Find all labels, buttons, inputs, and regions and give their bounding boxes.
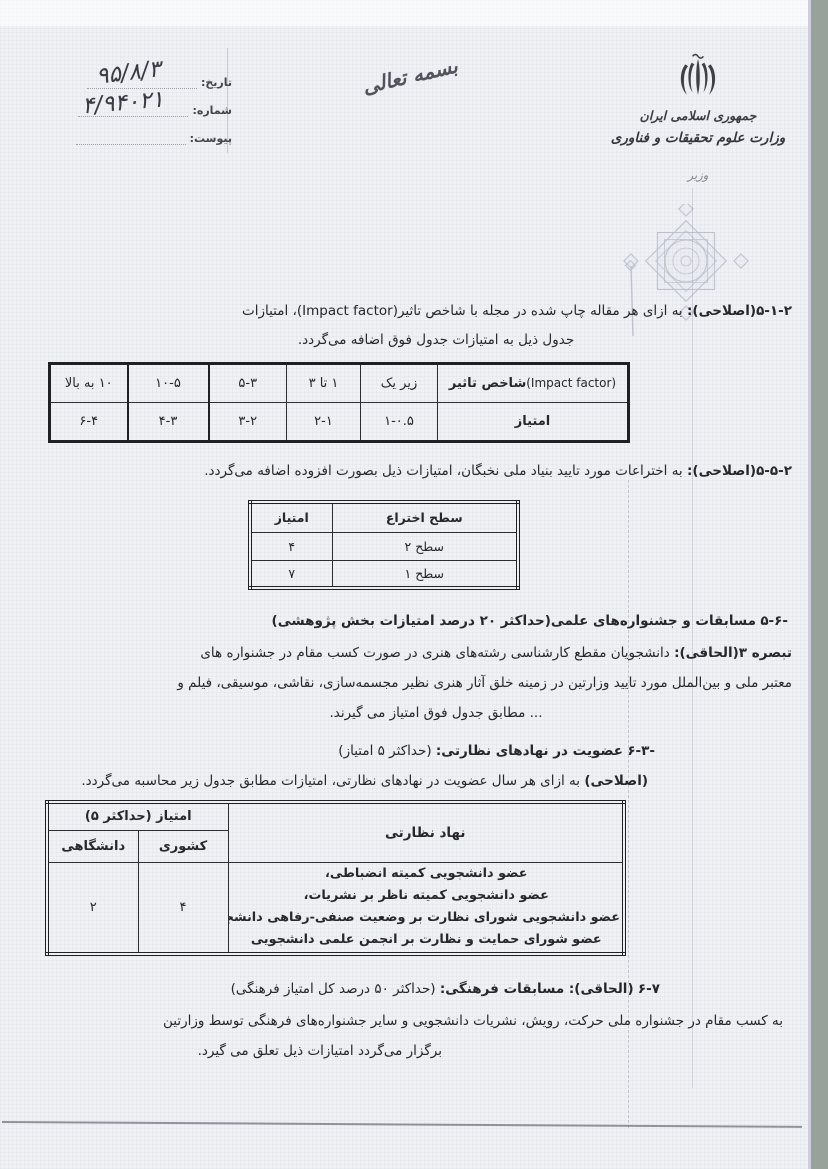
level2-cell: سطح ۲ [332, 532, 518, 560]
bismillah-calligraphy: بسمه تعالی [339, 49, 481, 104]
invention-header-row: سطح اختراع امتیاز [250, 502, 518, 532]
scan-right-edge [808, 0, 828, 1169]
section-512-text: به ازای هر مقاله چاپ شده در مجله با شاخص… [242, 303, 683, 319]
col-1to3: ۱ تا ۳ [287, 364, 361, 403]
attachment-label: پیوست: [190, 132, 232, 145]
supervisory-header-row1: نهاد نظارتی امتیاز (حداکثر ۵) [47, 802, 624, 830]
invention-level-header: سطح اختراع [332, 502, 518, 532]
impact-factor-table: (Impact factor)شاخص تاثیر زیر یک ۱ تا ۳ … [48, 362, 630, 443]
score-5to10: ۴-۳ [128, 403, 209, 442]
score-label-cell: امتیاز [438, 403, 629, 442]
impact-table-score-row: امتیاز ۱-۰.۵ ۲-۱ ۳-۲ ۴-۳ ۶-۴ [50, 403, 629, 442]
supervisory-table: نهاد نظارتی امتیاز (حداکثر ۵) کشوری دانش… [45, 800, 626, 956]
invention-table: سطح اختراع امتیاز سطح ۲ ۴ سطح ۱ ۷ [248, 500, 520, 590]
section-67-title: (الحاقی): مسابقات فرهنگی: [440, 981, 634, 997]
col-below-one: زیر یک [361, 364, 438, 403]
invention-row-level1: سطح ۱ ۷ [250, 560, 518, 588]
level2-score: ۴ [250, 532, 332, 560]
university-score: ۲ [47, 862, 138, 954]
level1-cell: سطح ۱ [332, 560, 518, 588]
scan-top-band [0, 0, 828, 26]
impact-header-cell: (Impact factor)شاخص تاثیر [438, 364, 629, 403]
body-item-1: عضو دانشجویی کمیته انضباطی، [233, 863, 621, 885]
score-above10: ۶-۴ [50, 403, 128, 442]
attachment-dotted-line [76, 132, 186, 145]
invention-score-header: امتیاز [250, 502, 332, 532]
section-67-line1: به کسب مقام در جشنواره ملی حرکت، رویش، ن… [163, 1012, 783, 1032]
iran-emblem-icon [671, 50, 725, 104]
national-score: ۴ [138, 862, 228, 954]
section-63-subline: (اصلاحی) به ازای هر سال عضویت در نهادهای… [81, 772, 648, 792]
level1-score: ۷ [250, 560, 332, 588]
number-label: شماره: [192, 104, 232, 117]
section-67-heading: ۶-۷ (الحاقی): مسابقات فرهنگی: (حداکثر ۵۰… [231, 980, 660, 1000]
impact-factor-latin-label: (Impact factor) [526, 376, 616, 390]
section-56-title: مسابقات و جشنواره‌های علمی [551, 613, 756, 629]
letterhead-minister: وزیر [648, 168, 748, 182]
body-item-4: عضو شورای حمایت و نظارت بر انجمن علمی دا… [233, 929, 621, 951]
note3-lead: تبصره ۳(الحاقی): [674, 645, 792, 661]
col-5to10: ۱۰-۵ [128, 364, 209, 403]
section-56-paren: (حداکثر ۲۰ درصد امتیازات بخش پژوهشی) [272, 613, 551, 629]
section-512-lead: (اصلاحی): [687, 303, 756, 319]
section-67-number: ۶-۷ [638, 981, 660, 997]
section-552-text: به اختراعات مورد تایید بنیاد ملی نخبگان،… [204, 463, 682, 479]
section-56-heading: ۵-۶- مسابقات و جشنواره‌های علمی(حداکثر ۲… [272, 612, 788, 632]
section-512-number: ۵-۱-۲ [756, 303, 792, 319]
section-63-paren: (حداکثر ۵ امتیاز) [338, 743, 431, 759]
section-63-title: عضویت در نهادهای نظارتی: [436, 743, 623, 759]
university-subheader: دانشگاهی [47, 830, 138, 862]
score-3to5: ۳-۲ [209, 403, 287, 442]
supervisory-score-header: امتیاز (حداکثر ۵) [47, 802, 228, 830]
section-63-heading: ۶-۳- عضویت در نهادهای نظارتی: (حداکثر ۵ … [338, 742, 655, 762]
section-63-sub-lead: (اصلاحی) [584, 773, 648, 789]
note3-line1: تبصره ۳(الحاقی): دانشجویان مقطع کارشناسی… [200, 644, 792, 664]
score-1to3: ۲-۱ [287, 403, 361, 442]
section-552-lead: (اصلاحی): [687, 463, 756, 479]
letterhead-country: جمهوری اسلامی ایران [608, 108, 788, 123]
date-label: تاریخ: [201, 76, 232, 89]
section-67-paren: (حداکثر ۵۰ درصد کل امتیاز فرهنگی) [231, 981, 436, 997]
col-above10: ۱۰ به بالا [50, 364, 128, 403]
section-552-line: ۵-۵-۲(اصلاحی): به اختراعات مورد تایید بن… [204, 462, 792, 482]
section-512-line2: جدول ذیل به امتیازات جدول فوق اضافه می‌گ… [45, 331, 827, 351]
section-512-line1: ۵-۱-۲(اصلاحی): به ازای هر مقاله چاپ شده … [242, 302, 792, 322]
supervisory-body-row: عضو دانشجویی کمیته انضباطی، عضو دانشجویی… [47, 862, 624, 954]
letterhead-ministry: وزارت علوم تحقیقات و فناوری [598, 130, 798, 146]
section-63-sub-text: به ازای هر سال عضویت در نهادهای نظارتی، … [81, 773, 580, 789]
scanned-document-page: جمهوری اسلامی ایران وزارت علوم تحقیقات و… [0, 0, 828, 1169]
score-below-one: ۱-۰.۵ [361, 403, 438, 442]
impact-table-header-row: (Impact factor)شاخص تاثیر زیر یک ۱ تا ۳ … [50, 364, 629, 403]
invention-row-level2: سطح ۲ ۴ [250, 532, 518, 560]
section-552-number: ۵-۵-۲ [756, 463, 792, 479]
section-56-number: ۵-۶- [760, 613, 788, 629]
col-3to5: ۵-۳ [209, 364, 287, 403]
supervisory-body-header: نهاد نظارتی [228, 802, 624, 862]
impact-factor-fa-label: شاخص تاثیر [449, 376, 526, 391]
attachment-field: پیوست: [76, 132, 232, 145]
national-subheader: کشوری [138, 830, 228, 862]
section-63-number: ۶-۳- [627, 743, 655, 759]
supervisory-bodies-list: عضو دانشجویی کمیته انضباطی، عضو دانشجویی… [228, 862, 624, 954]
section-67-line2: برگزار می‌گردد امتیازات ذیل تعلق می گیرد… [198, 1042, 442, 1062]
note3-line3: ... مطابق جدول فوق امتیاز می گیرند. [45, 704, 827, 724]
scan-bottom-edge [2, 1121, 802, 1128]
note3-line2: معتبر ملی و بین‌الملل مورد تایید وزارتین… [177, 674, 792, 694]
body-item-2: عضو دانشجویی کمیته ناظر بر نشریات، [233, 885, 621, 907]
note3-text1: دانشجویان مقطع کارشناسی رشته‌های هنری در… [200, 645, 669, 661]
ornament-star-icon [616, 204, 756, 344]
body-item-3: عضو دانشجویی شورای نظارت بر وضعیت صنفی-ر… [233, 907, 621, 929]
